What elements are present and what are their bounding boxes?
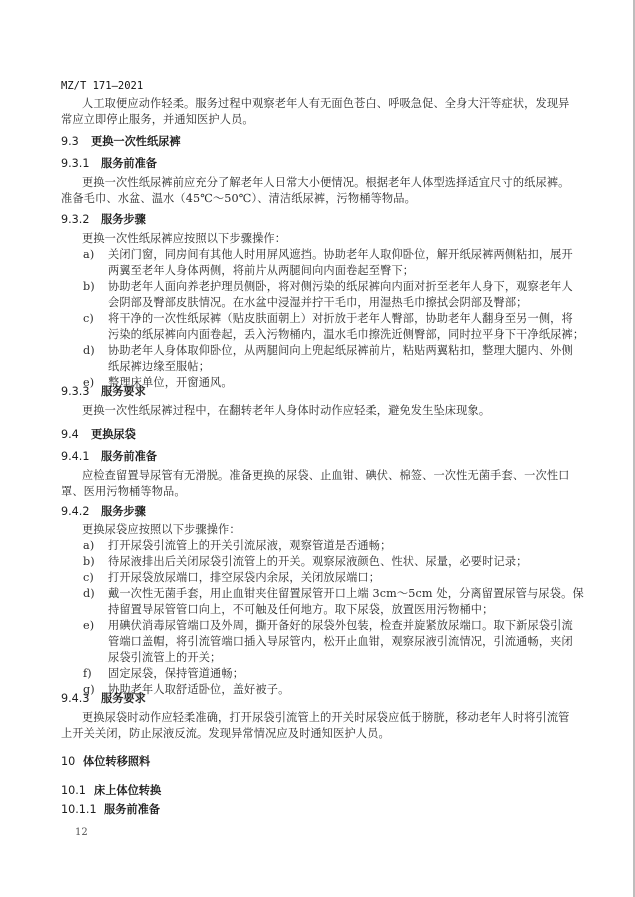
section-9-4-heading: 9.4更换尿袋	[61, 426, 136, 442]
section-9-4-3-para-line-1: 更换尿袋时动作应轻柔准确，打开尿袋引流管上的开关时尿袋应低于膀胱，移动老年人时将…	[82, 710, 570, 725]
section-9-3-2-heading: 9.3.2服务步骤	[61, 211, 146, 227]
list-item-9-4-2-c: c) 打开尿袋放尿端口，排空尿袋内余尿，关闭放尿端口；	[83, 570, 603, 586]
list-item-9-4-2-e: e) 用碘伏消毒尿管端口及外周，撕开备好的尿袋外包装，检查并旋紧放尿端口。取下新…	[83, 618, 603, 666]
section-10-heading: 10体位转移照料	[61, 753, 150, 769]
section-9-4-2-lead: 更换尿袋应按照以下步骤操作：	[82, 522, 241, 537]
section-9-4-1-para-line-1: 应检查留置导尿管有无滑脱。准备更换的尿袋、止血钳、碘伏、棉签、一次性无菌手套、一…	[82, 468, 570, 483]
section-9-4-2-heading: 9.4.2服务步骤	[61, 503, 146, 519]
intro-paragraph-line-2: 常应立即停止服务，并通知医护人员。	[61, 112, 254, 127]
intro-paragraph-line-1: 人工取便应动作轻柔。服务过程中观察老年人有无面色苍白、呼吸急促、全身大汗等症状，…	[82, 96, 570, 111]
section-9-3-1-para-line-2: 准备毛巾、水盆、温水（45℃～50℃）、清洁纸尿裤，污物桶等物品。	[61, 191, 416, 206]
list-item-9-4-2-a: a) 打开尿袋引流管上的开关引流尿液，观察管道是否通畅；	[83, 538, 603, 554]
list-item-9-4-2-f: f) 固定尿袋，保持管道通畅；	[83, 666, 603, 682]
list-item-9-4-2-g: g) 协助老年人取舒适卧位，盖好被子。	[83, 682, 603, 698]
section-9-4-1-heading: 9.4.1服务前准备	[61, 448, 157, 464]
section-9-3-heading: 9.3更换一次性纸尿裤	[61, 133, 181, 149]
section-9-3-2-lead: 更换一次性纸尿裤应按照以下步骤操作：	[82, 231, 286, 246]
list-item-9-3-2-c: c) 将干净的一次性纸尿裤（贴皮肤面朝上）对折放于老年人臀部，协助老年人翻身至另…	[83, 311, 603, 343]
section-9-4-3-para-line-2: 上开关关闭，防止尿液反流。发现异常情况应及时通知医护人员。	[61, 726, 390, 741]
section-9-4-3-heading: 9.4.3服务要求	[61, 690, 146, 706]
section-9-3-1-para-line-1: 更换一次性纸尿裤前应充分了解老年人日常大小便情况。根据老年人体型选择适宜尺寸的纸…	[82, 175, 570, 190]
list-item-9-3-2-a: a) 关闭门窗，同房间有其他人时用屏风遮挡。协助老年人取仰卧位，解开纸尿裤两侧粘…	[83, 247, 603, 279]
page-number: 12	[75, 827, 88, 838]
section-10-1-1-heading: 10.1.1服务前准备	[61, 801, 160, 817]
section-10-1-heading: 10.1床上体位转换	[61, 782, 161, 798]
document-page: MZ/T 171—2021 人工取便应动作轻柔。服务过程中观察老年人有无面色苍白…	[0, 0, 635, 897]
list-item-9-4-2-d: d) 戴一次性无菌手套，用止血钳夹住留置尿管开口上端 3cm～5cm 处，分离留…	[83, 586, 603, 618]
standard-id-header: MZ/T 171—2021	[61, 80, 143, 92]
list-item-9-4-2-b: b) 待尿液排出后关闭尿袋引流管上的开关。观察尿液颜色、性状、尿量，必要时记录；	[83, 554, 603, 570]
section-9-3-3-heading: 9.3.3服务要求	[61, 383, 146, 399]
section-9-4-1-para-line-2: 罩、医用污物桶等物品。	[61, 484, 186, 499]
list-item-9-3-2-b: b) 协助老年人面向养老护理员侧卧，将对侧污染的纸尿裤向内面对折至老年人身下，观…	[83, 279, 603, 311]
section-9-3-1-heading: 9.3.1服务前准备	[61, 155, 157, 171]
list-item-9-3-2-e: e) 整理床单位，开窗通风。	[83, 375, 603, 391]
section-9-3-3-para: 更换一次性纸尿裤过程中，在翻转老年人身体时动作应轻柔，避免发生坠床现象。	[82, 403, 490, 418]
list-item-9-3-2-d: d) 协助老年人身体取仰卧位，从两腿间向上兜起纸尿裤前片，粘贴两翼粘扣，整理大腿…	[83, 343, 603, 375]
